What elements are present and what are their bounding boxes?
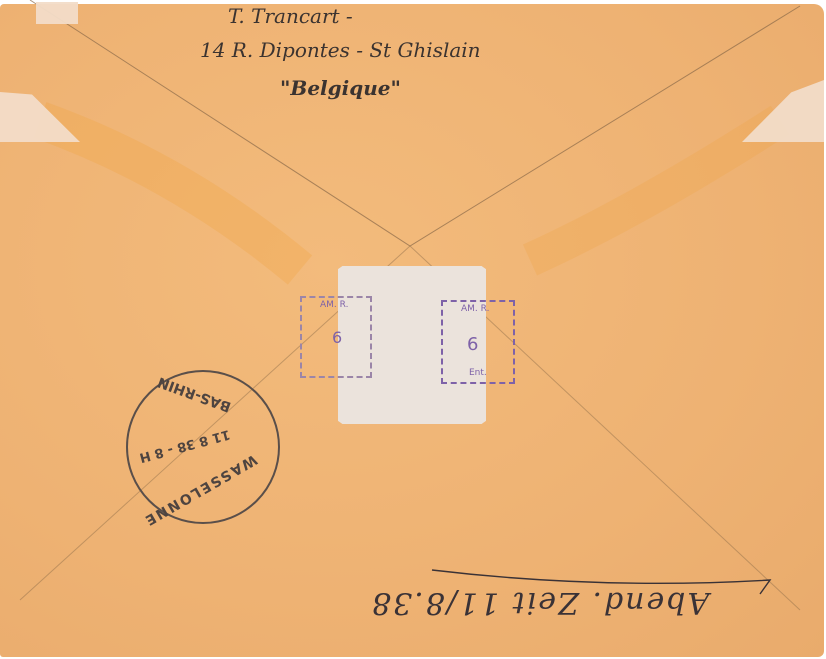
sender-name: T. Trancart - [228,4,353,28]
registration-label: AM. R. [461,304,489,314]
postmark-region: BAS-RHIN [156,373,234,414]
postmark-date: 11 8 38 - 8 H [138,426,232,465]
sender-country: "Belgique" [280,76,401,100]
registration-digit: 6 [467,334,478,355]
sender-street: 14 R. Dipontes - St Ghislain [200,38,481,62]
tape-remnant-top [36,2,78,24]
registration-label: AM. R. [320,300,348,310]
registration-box-left: AM. R. 6 [300,296,372,378]
registration-box-right: AM. R. 6 Ent. [441,300,515,384]
registration-footer: Ent. [469,368,487,378]
registration-digit: 6 [332,328,342,347]
postmark: BAS-RHIN 11 8 38 - 8 H WASSELONNE [126,370,280,524]
handwritten-note: Abend. Zeit 11/8.38 [370,585,709,620]
